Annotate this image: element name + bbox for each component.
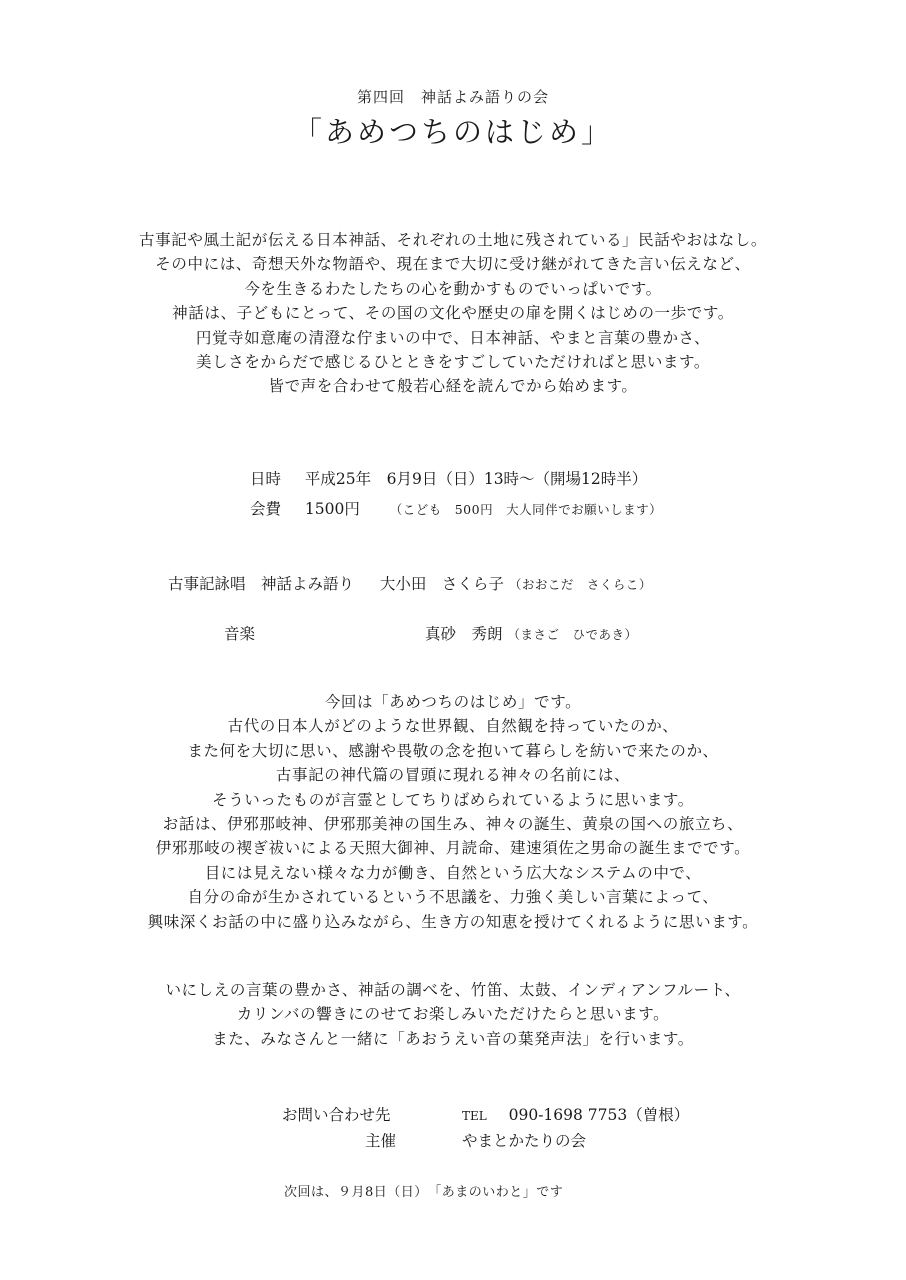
organizer-value: やまとかたりの会 <box>462 1129 586 1151</box>
tel-value: 090-1698 7753（曽根） <box>509 1106 690 1124</box>
music-line: いにしえの言葉の豊かさ、神話の調べを、竹笛、太鼓、インディアンフルート、 <box>0 978 906 1002</box>
description-line: 今回は「あめつちのはじめ」です。 <box>0 690 906 714</box>
description-line: 自分の命が生かされているという不思議を、力強く美しい言葉によって、 <box>0 885 906 909</box>
fee-value: 1500円 <box>305 500 360 518</box>
organizer-label: 主催 <box>365 1129 396 1151</box>
event-title: 「あめつちのはじめ」 <box>0 110 906 151</box>
fee-label: 会費 <box>250 500 281 518</box>
event-subtitle: 第四回 神話よみ語りの会 <box>0 86 906 107</box>
intro-line: 今を生きるわたしたちの心を動かすものでいっぱいです。 <box>0 277 906 301</box>
intro-line: 美しさをからだで感じるひとときをすごしていただければと思います。 <box>0 350 906 374</box>
performer-musician: 真砂 秀朗 （まさご ひであき） <box>425 622 637 644</box>
date-value: 平成25年 6月9日（日）13時〜（開場12時半） <box>305 470 647 488</box>
intro-line: 神話は、子どもにとって、その国の文化や歴史の扉を開くはじめの一歩です。 <box>0 301 906 325</box>
description-line: そういったものが言霊としてちりばめられているように思います。 <box>0 788 906 812</box>
tel-prefix: TEL <box>462 1109 487 1123</box>
music-line: カリンバの響きにのせてお楽しみいただけたらと思います。 <box>0 1002 906 1026</box>
description-line: 興味深くお話の中に盛り込みながら、生き方の知恵を授けてくれるように思います。 <box>0 910 906 934</box>
description-line: 伊邪那岐の禊ぎ祓いによる天照大御神、月読命、建速須佐之男命の誕生までです。 <box>0 836 906 860</box>
music-paragraph: いにしえの言葉の豊かさ、神話の調べを、竹笛、太鼓、インディアンフルート、 カリン… <box>0 978 906 1051</box>
description-line: お話は、伊邪那岐神、伊邪那美神の国生み、神々の誕生、黄泉の国への旅立ち、 <box>0 812 906 836</box>
performer-music-label-row: 音楽 <box>224 622 255 644</box>
description-line: 古代の日本人がどのような世界観、自然観を持っていたのか、 <box>0 714 906 738</box>
intro-line: その中には、奇想天外な物語や、現在まで大切に受け継がれてきた言い伝えなど、 <box>0 252 906 276</box>
inquiry-label: お問い合わせ先 <box>282 1103 391 1125</box>
performer-reading: （まさご ひであき） <box>507 627 637 642</box>
description-line: 古事記の神代篇の冒頭に現れる神々の名前には、 <box>0 763 906 787</box>
performer-reading: （おおこだ さくらこ） <box>509 577 652 592</box>
performer-name: 真砂 秀朗 <box>425 625 503 643</box>
performer-role: 音楽 <box>224 625 255 643</box>
description-line: また何を大切に思い、感謝や畏敬の念を抱いて暮らしを紡いで来たのか、 <box>0 739 906 763</box>
description-line: 目には見えない様々な力が働き、自然という広大なシステムの中で、 <box>0 861 906 885</box>
event-date-row: 日時 平成25年 6月9日（日）13時〜（開場12時半） <box>250 467 647 489</box>
intro-line: 皆で声を合わせて般若心経を読んでから始めます。 <box>0 374 906 398</box>
performer-role: 古事記詠唱 神話よみ語り <box>168 575 354 593</box>
description-paragraph: 今回は「あめつちのはじめ」です。 古代の日本人がどのような世界観、自然観を持って… <box>0 690 906 934</box>
music-line: また、みなさんと一緒に「あおうえい音の葉発声法」を行います。 <box>0 1027 906 1051</box>
next-event-notice: 次回は、９月8日（日） 「あまのいわと」です <box>284 1181 563 1200</box>
performer-name: 大小田 さくら子 <box>380 575 504 593</box>
performer-storyteller: 古事記詠唱 神話よみ語り 大小田 さくら子 （おおこだ さくらこ） <box>168 572 652 594</box>
intro-line: 古事記や風土記が伝える日本神話、それぞれの土地に残されている」民話やおはなし。 <box>0 228 906 252</box>
event-fee-row: 会費 1500円 （こども 500円 大人同伴でお願いします） <box>250 497 662 519</box>
intro-paragraph: 古事記や風土記が伝える日本神話、それぞれの土地に残されている」民話やおはなし。 … <box>0 228 906 399</box>
contact-tel-row: TEL 090-1698 7753（曽根） <box>462 1103 689 1125</box>
intro-line: 円覚寺如意庵の清澄な佇まいの中で、日本神話、やまと言葉の豊かさ、 <box>0 326 906 350</box>
date-label: 日時 <box>250 470 281 488</box>
fee-note: （こども 500円 大人同伴でお願いします） <box>390 502 662 517</box>
